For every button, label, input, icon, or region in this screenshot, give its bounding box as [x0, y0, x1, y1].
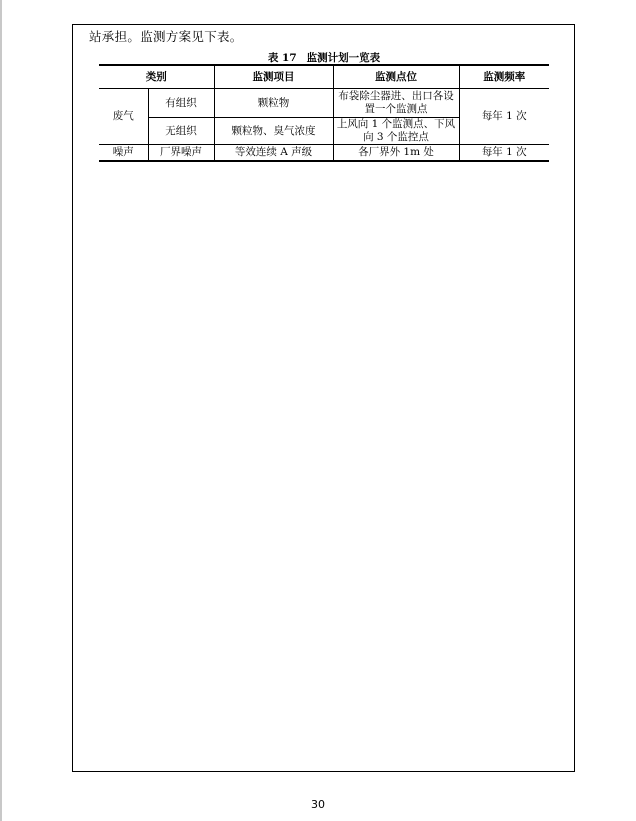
header-frequency: 监测频率	[459, 65, 549, 89]
cell-category: 噪声	[99, 145, 148, 162]
table-row: 废气 有组织 颗粒物 布袋除尘器进、出口各设置一个监测点 每年 1 次	[99, 89, 549, 118]
cell-item: 等效连续 A 声级	[214, 145, 333, 162]
viewer-left-edge	[0, 0, 2, 821]
intro-paragraph: 站承担。监测方案见下表。	[89, 27, 243, 45]
table-header-row: 类别 监测项目 监测点位 监测频率	[99, 65, 549, 89]
cell-location: 各厂界外 1m 处	[333, 145, 459, 162]
page-number: 30	[0, 798, 636, 811]
cell-location: 布袋除尘器进、出口各设置一个监测点	[333, 89, 459, 118]
cell-subcategory: 有组织	[148, 89, 214, 118]
cell-item: 颗粒物、臭气浓度	[214, 118, 333, 145]
header-category: 类别	[99, 65, 214, 89]
header-location: 监测点位	[333, 65, 459, 89]
cell-frequency: 每年 1 次	[459, 89, 549, 145]
table-caption: 表 17监测计划一览表	[99, 50, 549, 65]
cell-subcategory: 无组织	[148, 118, 214, 145]
table-caption-number: 表 17	[268, 52, 297, 64]
monitoring-plan-table: 类别 监测项目 监测点位 监测频率 废气 有组织 颗粒物 布袋除尘器进、出口各设…	[99, 64, 549, 162]
cell-location: 上风向 1 个监测点、下风向 3 个监控点	[333, 118, 459, 145]
table-caption-title: 监测计划一览表	[307, 52, 381, 64]
cell-subcategory: 厂界噪声	[148, 145, 214, 162]
cell-category: 废气	[99, 89, 148, 145]
cell-item: 颗粒物	[214, 89, 333, 118]
header-item: 监测项目	[214, 65, 333, 89]
cell-frequency: 每年 1 次	[459, 145, 549, 162]
table-row: 噪声 厂界噪声 等效连续 A 声级 各厂界外 1m 处 每年 1 次	[99, 145, 549, 162]
